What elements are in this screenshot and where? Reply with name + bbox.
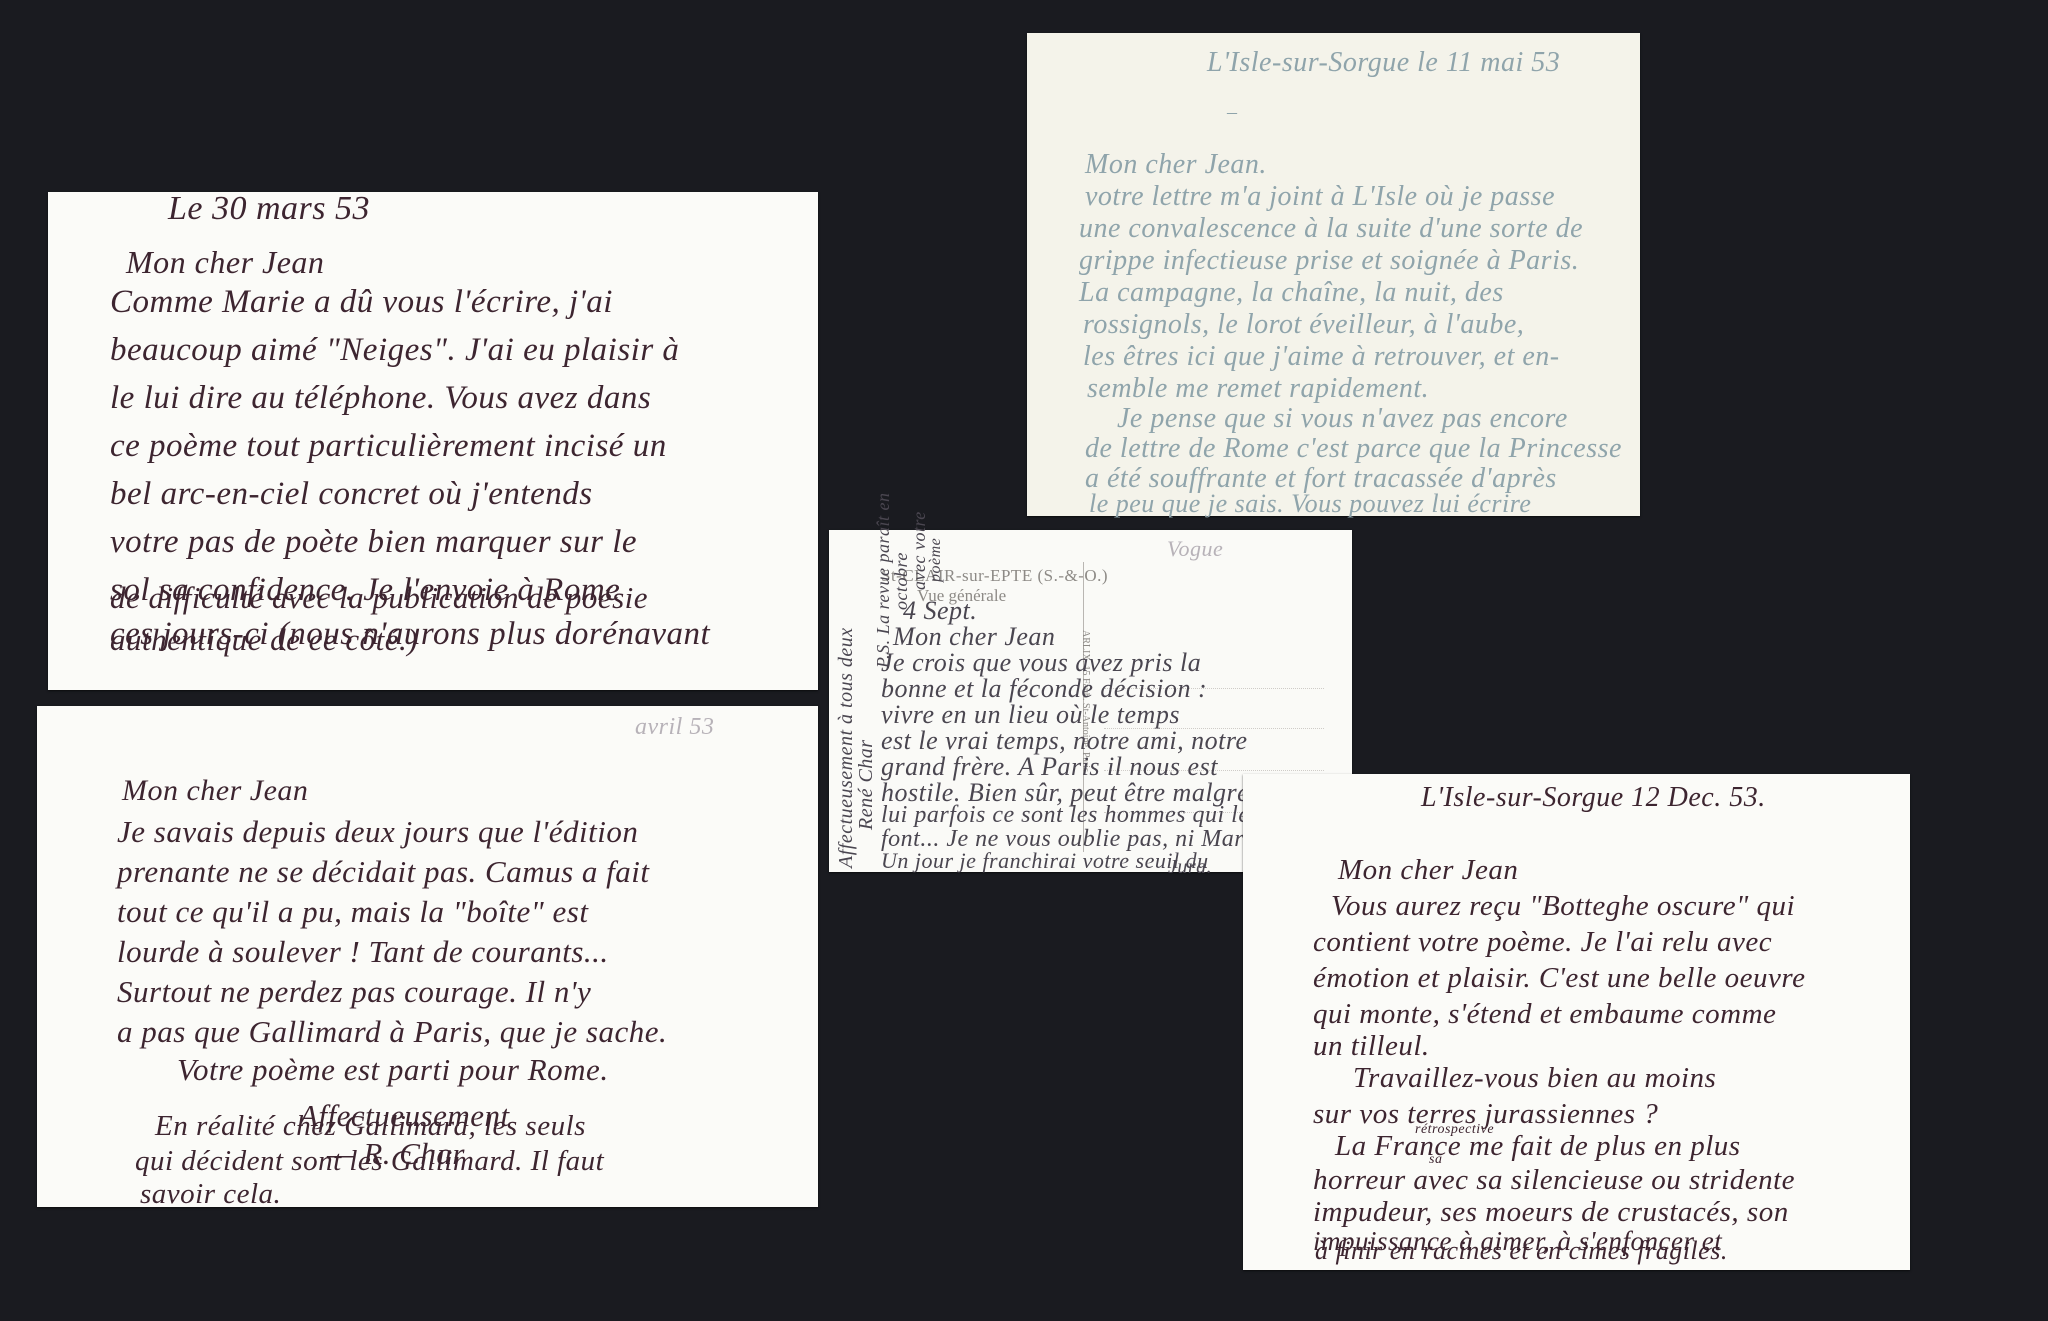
letter-line: tout ce qu'il a pu, mais la "boîte" est bbox=[117, 894, 588, 930]
letter-line: Comme Marie a dû vous l'écrire, j'ai bbox=[110, 284, 613, 321]
letter-line: authentique de ce côté.) bbox=[110, 622, 418, 658]
letter-line: bel arc-en-ciel concret où j'entends bbox=[110, 476, 593, 513]
letter-salutation: Mon cher Jean bbox=[122, 774, 308, 808]
postcard-line: lui parfois ce sont les hommes qui le bbox=[881, 802, 1249, 829]
letter-line: horreur avec sa silencieuse ou stridente bbox=[1313, 1164, 1795, 1197]
letter-salutation: Mon cher Jean bbox=[1338, 854, 1518, 887]
postscript-line: qui décident sont les Gallimard. Il faut bbox=[135, 1145, 604, 1178]
letter-line: à finir en racines et en cimes fragiles. bbox=[1315, 1236, 1728, 1266]
letter-line: les êtres ici que j'aime à retrouver, et… bbox=[1083, 341, 1560, 373]
letter-date: L'Isle-sur-Sorgue 12 Dec. 53. bbox=[1421, 782, 1766, 814]
postcard-annotation: Vogue bbox=[1167, 536, 1223, 562]
letter-line: contient votre poème. Je l'ai relu avec bbox=[1313, 926, 1772, 959]
letter-line: le peu que je sais. Vous pouvez lui écri… bbox=[1089, 489, 1531, 519]
letter-line: rossignols, le lorot éveilleur, à l'aube… bbox=[1083, 309, 1524, 341]
letter-line: émotion et plaisir. C'est une belle oeuv… bbox=[1313, 962, 1805, 995]
postcard-margin-note: poème bbox=[927, 538, 945, 582]
letter-line: lourde à soulever ! Tant de courants... bbox=[117, 934, 609, 970]
letter-line: votre pas de poète bien marquer sur le bbox=[110, 524, 637, 561]
postcard-line: Jura. bbox=[1168, 856, 1212, 879]
postscript-line: En réalité chez Gallimard, les seuls bbox=[155, 1110, 586, 1143]
letter-line: grippe infectieuse prise et soignée à Pa… bbox=[1079, 245, 1579, 277]
letter-line: Surtout ne perdez pas courage. Il n'y bbox=[117, 974, 591, 1010]
letter-line: qui monte, s'étend et embaume comme bbox=[1313, 998, 1776, 1031]
letter-line: le lui dire au téléphone. Vous avez dans bbox=[110, 380, 651, 417]
letter-12-dec-53: L'Isle-sur-Sorgue 12 Dec. 53. Mon cher J… bbox=[1243, 774, 1910, 1270]
dash-mark: – bbox=[1227, 101, 1238, 124]
letter-salutation: Mon cher Jean. bbox=[1085, 149, 1267, 181]
letter-line: Je pense que si vous n'avez pas encore bbox=[1117, 403, 1568, 435]
letter-line: ce poème tout particulièrement incisé un bbox=[110, 428, 667, 465]
letter-line: Votre poème est parti pour Rome. bbox=[177, 1052, 609, 1088]
letter-line: a pas que Gallimard à Paris, que je sach… bbox=[117, 1014, 667, 1050]
letter-line: beaucoup aimé "Neiges". J'ai eu plaisir … bbox=[110, 332, 679, 369]
letter-date: Le 30 mars 53 bbox=[168, 190, 370, 228]
postcard-margin-note: René Char bbox=[855, 739, 878, 830]
letter-line: un tilleul. bbox=[1313, 1030, 1430, 1063]
letter-line: une convalescence à la suite d'une sorte… bbox=[1079, 213, 1583, 245]
letter-line: La France me fait de plus en plus bbox=[1335, 1130, 1741, 1163]
letter-line: de lettre de Rome c'est parce que la Pri… bbox=[1085, 433, 1622, 465]
letter-11-may-53: L'Isle-sur-Sorgue le 11 mai 53 – Mon che… bbox=[1027, 33, 1640, 516]
letter-date: L'Isle-sur-Sorgue le 11 mai 53 bbox=[1207, 47, 1560, 79]
letter-line: Travaillez-vous bien au moins bbox=[1353, 1062, 1716, 1095]
letter-line: Je savais depuis deux jours que l'éditio… bbox=[117, 814, 638, 850]
letter-line: Vous aurez reçu "Botteghe oscure" qui bbox=[1331, 890, 1795, 923]
postcard-line: Un jour je franchirai votre seuil du bbox=[881, 848, 1209, 874]
letter-date-annotation: avril 53 bbox=[635, 714, 714, 741]
letter-line: impudeur, ses moeurs de crustacés, son bbox=[1313, 1196, 1789, 1229]
letter-line: semble me remet rapidement. bbox=[1087, 373, 1429, 405]
letter-line: La campagne, la chaîne, la nuit, des bbox=[1079, 277, 1504, 309]
postscript-line: savoir cela. bbox=[140, 1178, 281, 1211]
letter-line: de difficulté avec la publication de poé… bbox=[110, 580, 648, 616]
letter-line: prenante ne se décidait pas. Camus a fai… bbox=[117, 854, 650, 890]
letter-line: votre lettre m'a joint à L'Isle où je pa… bbox=[1085, 181, 1555, 213]
letter-salutation: Mon cher Jean bbox=[126, 244, 324, 281]
